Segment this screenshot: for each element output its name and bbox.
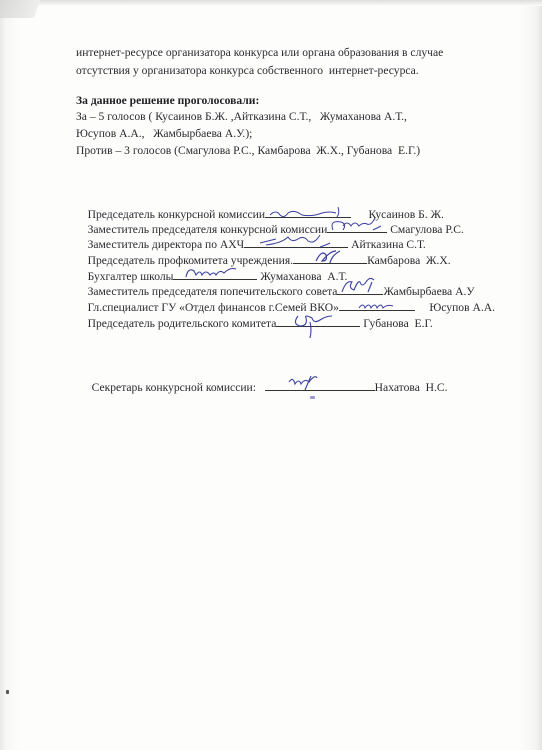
signature-line bbox=[265, 379, 375, 391]
signature-line bbox=[276, 315, 360, 327]
scan-speck bbox=[6, 690, 9, 694]
signatory-name: Губанова Е.Г. bbox=[363, 317, 433, 330]
vote-for-line-2: Юсупов А.А., Жамбырбаева А.У.); bbox=[76, 127, 252, 141]
signatory-name: Юсупов А.А. bbox=[429, 301, 495, 314]
signatory-name: Камбарова Ж.Х. bbox=[367, 254, 451, 267]
signatory-role: Председатель родительского комитета bbox=[88, 317, 277, 330]
intro-line-1: интернет-ресурсе организатора конкурса и… bbox=[76, 46, 443, 60]
signatory-row-8: Председатель родительского комитета Губа… bbox=[76, 301, 433, 345]
page-top-edge bbox=[0, 0, 542, 6]
secretary-role: Секретарь конкурсной комиссии: bbox=[92, 381, 256, 394]
intro-line-2: отсутствия у организатора конкурса собст… bbox=[76, 64, 419, 78]
vote-for-line-1: За – 5 голосов ( Кусаинов Б.Ж. ,Айтказин… bbox=[76, 110, 407, 124]
signature-ink-icon bbox=[288, 310, 348, 340]
scanned-page: интернет-ресурсе организатора конкурса и… bbox=[0, 0, 542, 750]
signature-ink-icon bbox=[283, 372, 323, 392]
page-fold-shadow bbox=[0, 0, 60, 18]
vote-heading: За данное решение проголосовали: bbox=[76, 94, 259, 108]
vote-against-line: Против – 3 голосов (Смагулова Р.С., Камб… bbox=[76, 144, 420, 158]
secretary-row: Секретарь конкурсной комиссии: Нахатова … bbox=[80, 365, 448, 409]
ink-mark bbox=[310, 396, 315, 399]
secretary-name: Нахатова Н.С. bbox=[375, 381, 448, 394]
